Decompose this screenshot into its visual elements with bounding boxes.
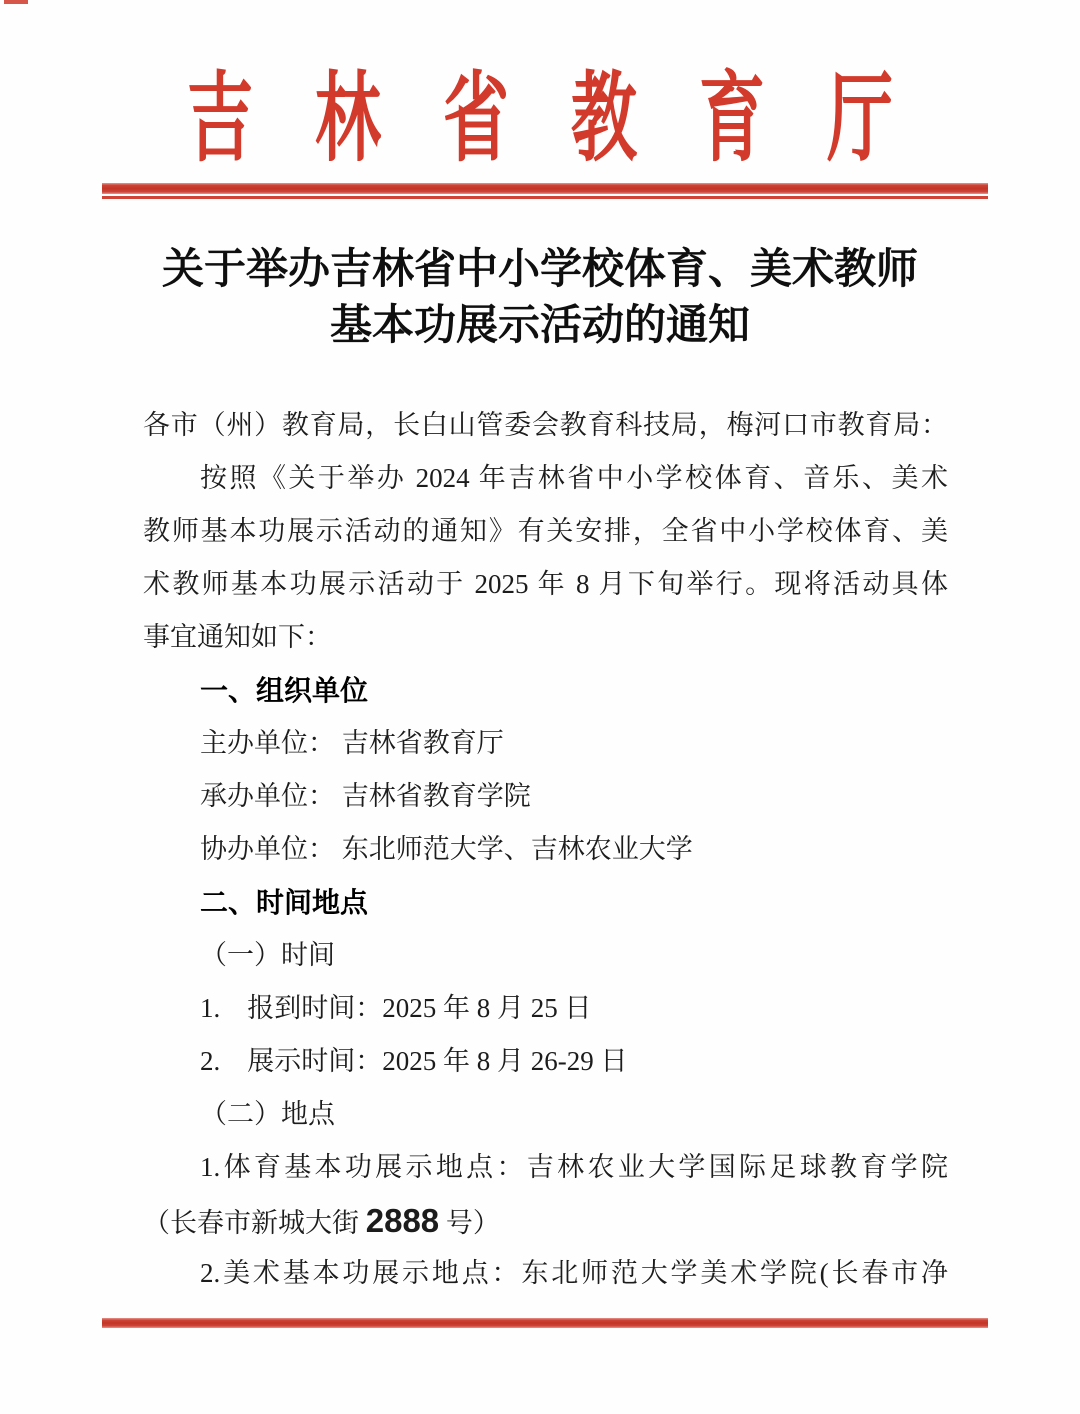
body-line-intro-4: 事宜通知如下：	[143, 611, 948, 664]
rule-thin-line	[102, 196, 988, 199]
address-prefix: （长春市新城大街	[143, 1208, 366, 1238]
rule-thick-line	[102, 183, 988, 194]
address-suffix: 号）	[439, 1208, 500, 1238]
footer-rule	[102, 1318, 988, 1328]
agency-name: 吉林省教育厅	[187, 47, 955, 195]
registration-time-line: 1. 报到时间：2025 年 8 月 25 日	[143, 982, 948, 1035]
section-1-heading: 一、组织单位	[143, 664, 948, 717]
body-line-intro-2: 教师基本功展示活动的通知》有关安排，全省中小学校体育、美	[143, 505, 948, 558]
letterhead: 吉林省教育厅	[0, 71, 1080, 171]
official-notice-page: 吉林省教育厅 关于举办吉林省中小学校体育、美术教师 基本功展示活动的通知 各市（…	[0, 0, 1080, 1414]
art-venue-line: 2.美术基本功展示地点：东北师范大学美术学院(长春市净	[143, 1247, 948, 1300]
subsection-time-heading: （一）时间	[143, 929, 948, 982]
organizer-unit-line: 承办单位： 吉林省教育学院	[143, 770, 948, 823]
body-line-intro-3: 术教师基本功展示活动于 2025 年 8 月下旬举行。现将活动具体	[143, 558, 948, 611]
body-line-intro-1: 按照《关于举办 2024 年吉林省中小学校体育、音乐、美术	[143, 452, 948, 505]
section-2-heading: 二、时间地点	[143, 876, 948, 929]
document-title-line2: 基本功展示活动的通知	[0, 298, 1080, 354]
subsection-place-heading: （二）地点	[143, 1088, 948, 1141]
document-title: 关于举办吉林省中小学校体育、美术教师 基本功展示活动的通知	[0, 242, 1080, 354]
letterhead-double-rule	[102, 183, 988, 199]
body-line-recipients: 各市（州）教育局，长白山管委会教育科技局，梅河口市教育局：	[143, 399, 948, 452]
document-body: 各市（州）教育局，长白山管委会教育科技局，梅河口市教育局： 按照《关于举办 20…	[143, 399, 948, 1300]
host-unit-line: 主办单位： 吉林省教育厅	[143, 717, 948, 770]
sports-venue-line: 1.体育基本功展示地点：吉林农业大学国际足球教育学院	[143, 1141, 948, 1194]
scan-edge-artifact	[4, 0, 28, 4]
document-title-line1: 关于举办吉林省中小学校体育、美术教师	[0, 242, 1080, 298]
sports-venue-address-line: （长春市新城大街 2888 号）	[143, 1194, 948, 1247]
co-organizer-unit-line: 协办单位： 东北师范大学、吉林农业大学	[143, 823, 948, 876]
event-time-line: 2. 展示时间：2025 年 8 月 26-29 日	[143, 1035, 948, 1088]
address-street-number: 2888	[366, 1202, 439, 1239]
